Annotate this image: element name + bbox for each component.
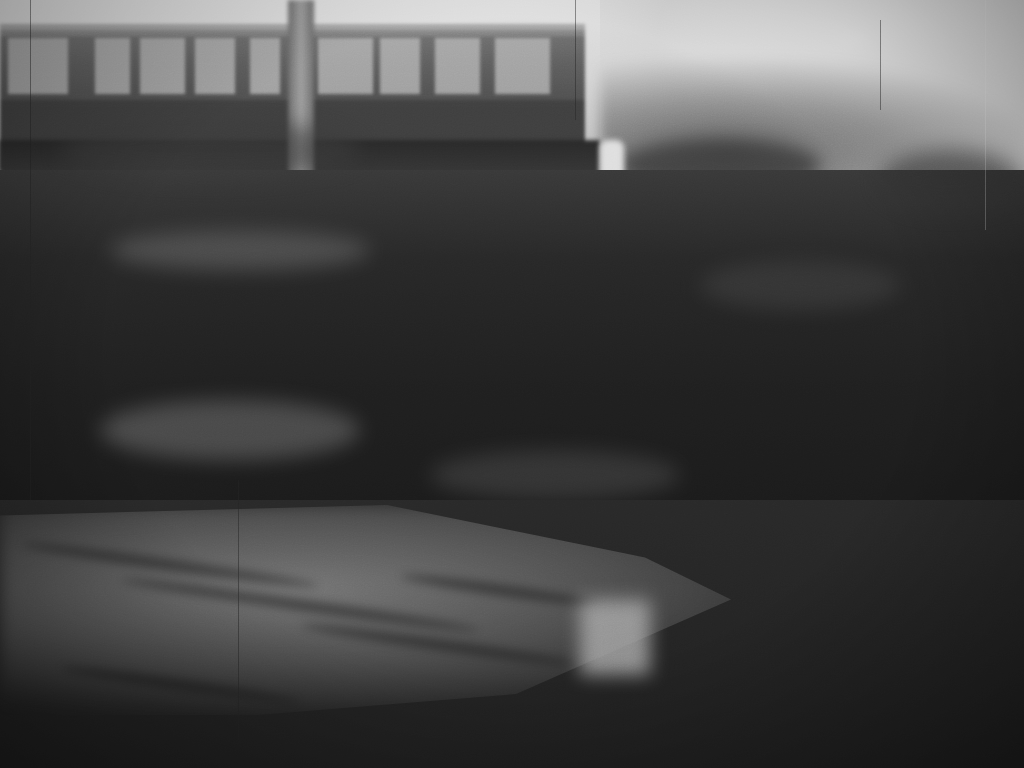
film-still: A blurred railway passenger carriage pas…: [0, 0, 1024, 768]
vignette: [0, 0, 1024, 768]
